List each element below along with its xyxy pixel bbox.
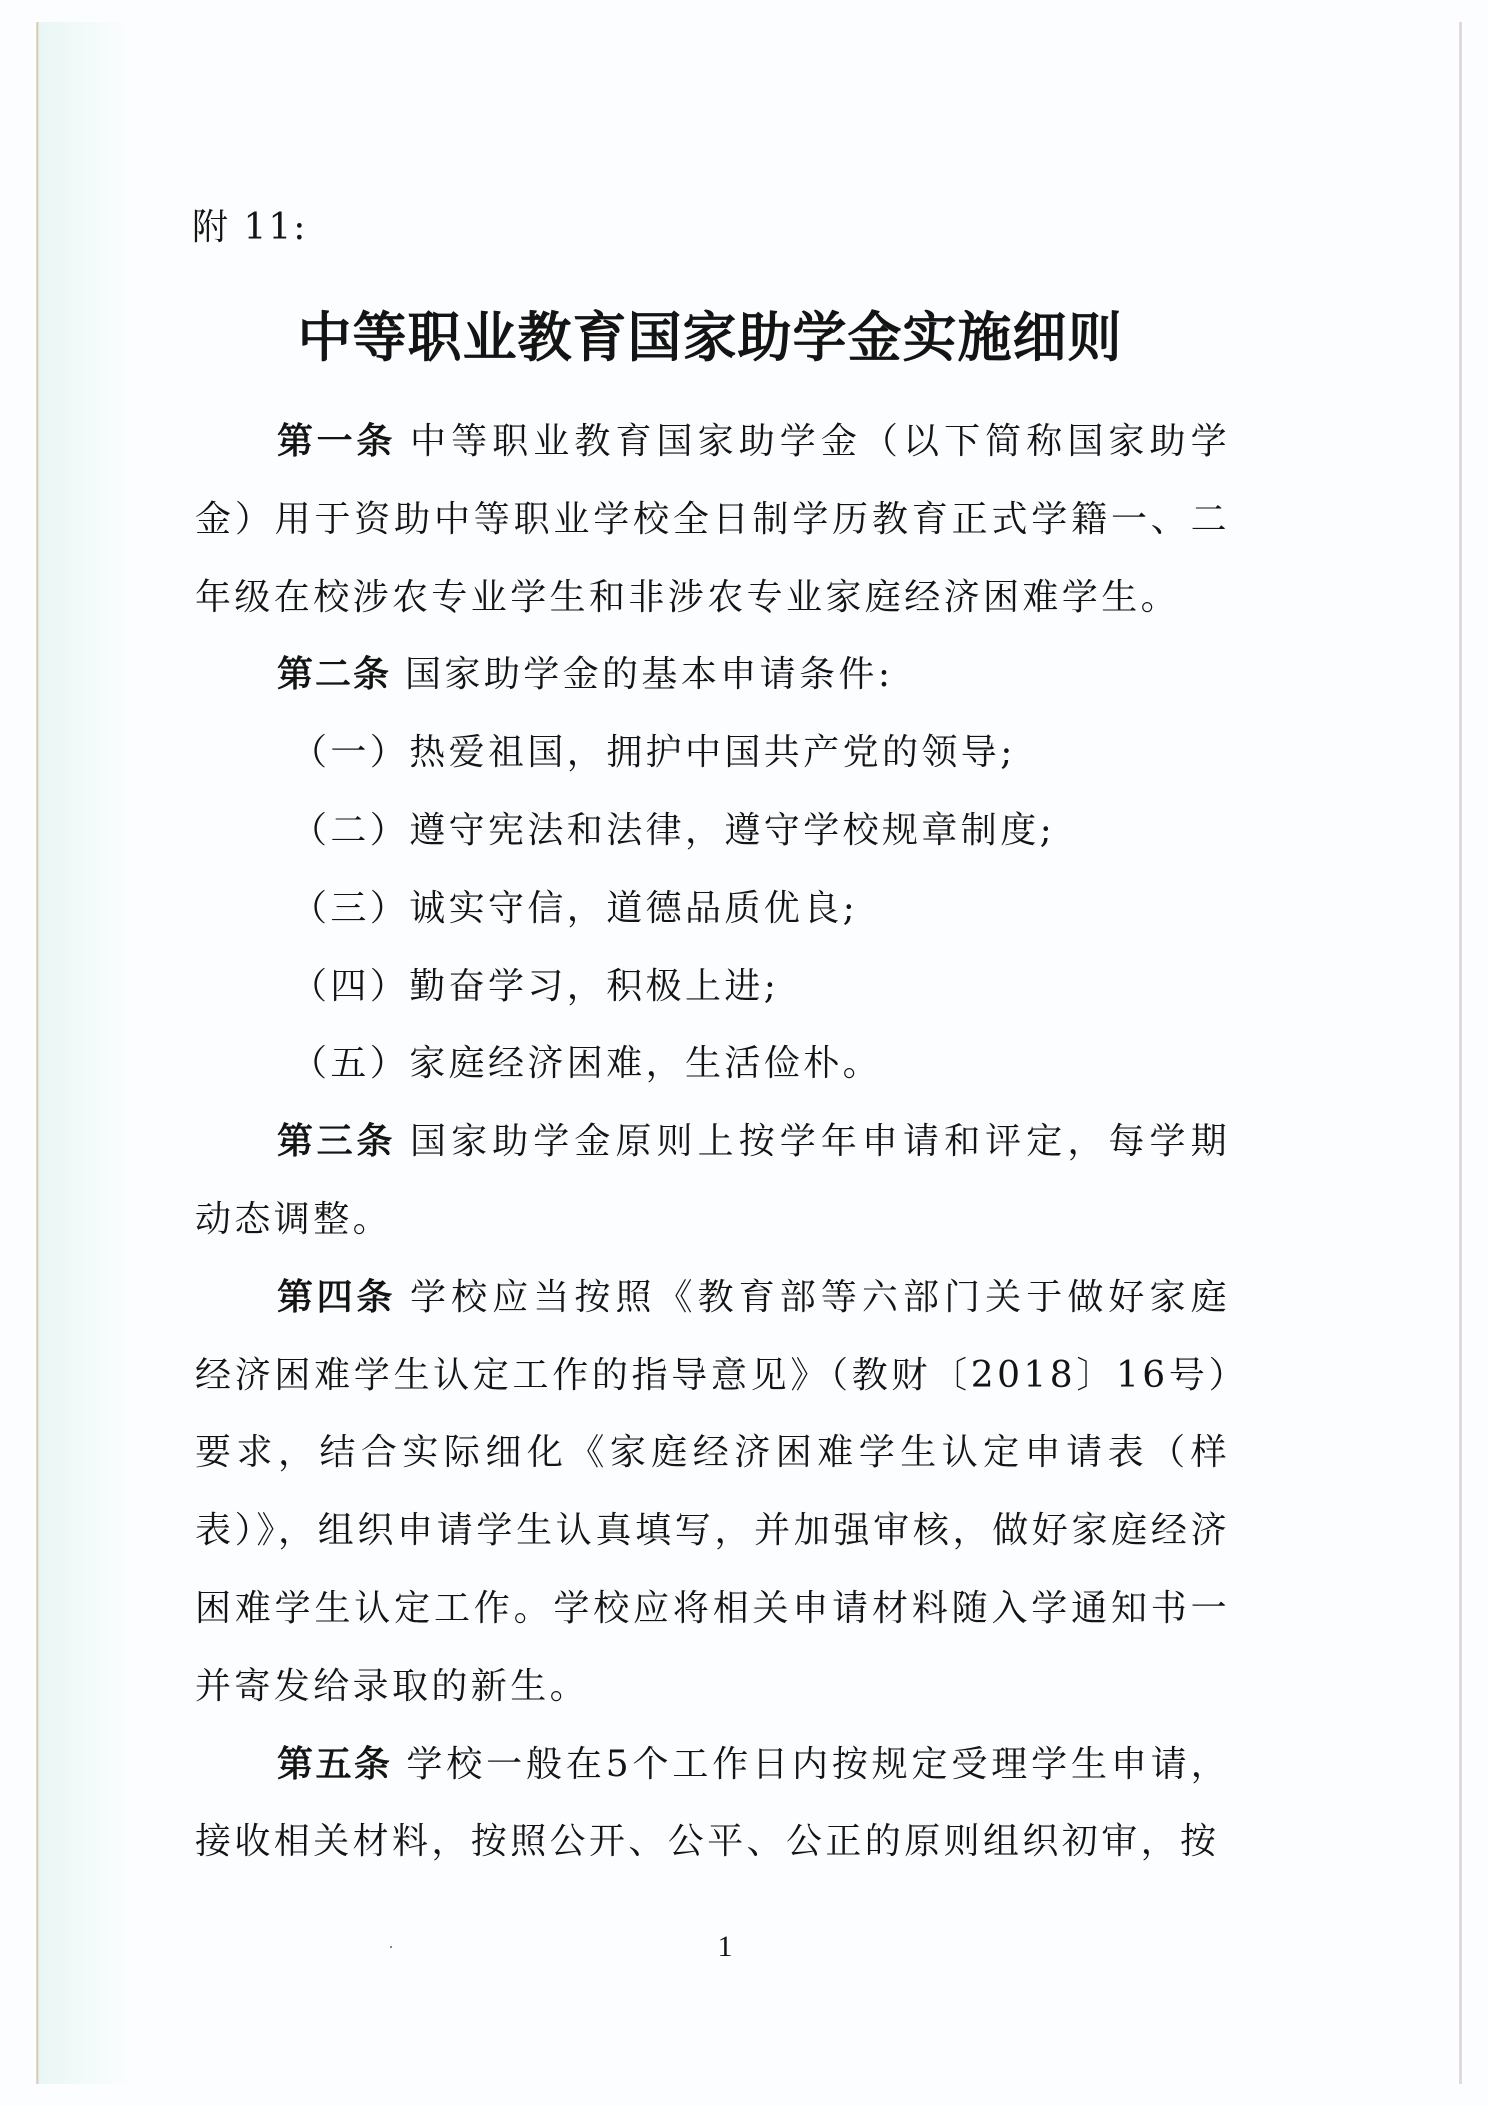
article-heading: 第三条 bbox=[277, 1121, 396, 1162]
document-title: 中等职业教育国家助学金实施细则 bbox=[0, 306, 1420, 370]
scan-speck bbox=[390, 1946, 392, 1948]
article-2: 第二条国家助学金的基本申请条件: bbox=[195, 636, 1230, 714]
article-heading: 第一条 bbox=[277, 421, 396, 462]
article-heading: 第二条 bbox=[277, 654, 391, 695]
document-body: 第一条中等职业教育国家助学金（以下简称国家助学金）用于资助中等职业学校全日制学历… bbox=[195, 403, 1230, 1881]
article-heading: 第五条 bbox=[277, 1744, 392, 1785]
annex-label: 附 11: bbox=[192, 206, 307, 250]
condition-item: （五）家庭经济困难，生活俭朴。 bbox=[195, 1025, 1230, 1103]
article-5: 第五条学校一般在5个工作日内按规定受理学生申请，接收相关材料，按照公开、公平、公… bbox=[195, 1726, 1230, 1882]
condition-item: （四）勤奋学习，积极上进; bbox=[195, 948, 1230, 1026]
condition-item: （三）诚实守信，道德品质优良; bbox=[195, 870, 1230, 948]
article-text: 国家助学金的基本申请条件: bbox=[405, 654, 893, 695]
article-3: 第三条国家助学金原则上按学年申请和评定，每学期动态调整。 bbox=[195, 1103, 1230, 1259]
article-heading: 第四条 bbox=[277, 1277, 396, 1318]
document-title-text: 中等职业教育国家助学金实施细则 bbox=[298, 306, 1123, 370]
article-text: 学校应当按照《教育部等六部门关于做好家庭经济困难学生认定工作的指导意见》（教财〔… bbox=[195, 1277, 1230, 1707]
page-right-edge bbox=[1459, 22, 1462, 2084]
article-1: 第一条中等职业教育国家助学金（以下简称国家助学金）用于资助中等职业学校全日制学历… bbox=[195, 403, 1230, 636]
page-number: 1 bbox=[710, 1928, 740, 1966]
condition-item: （一）热爱祖国，拥护中国共产党的领导; bbox=[195, 714, 1230, 792]
article-4: 第四条学校应当按照《教育部等六部门关于做好家庭经济困难学生认定工作的指导意见》（… bbox=[195, 1259, 1230, 1726]
condition-item: （二）遵守宪法和法律，遵守学校规章制度; bbox=[195, 792, 1230, 870]
